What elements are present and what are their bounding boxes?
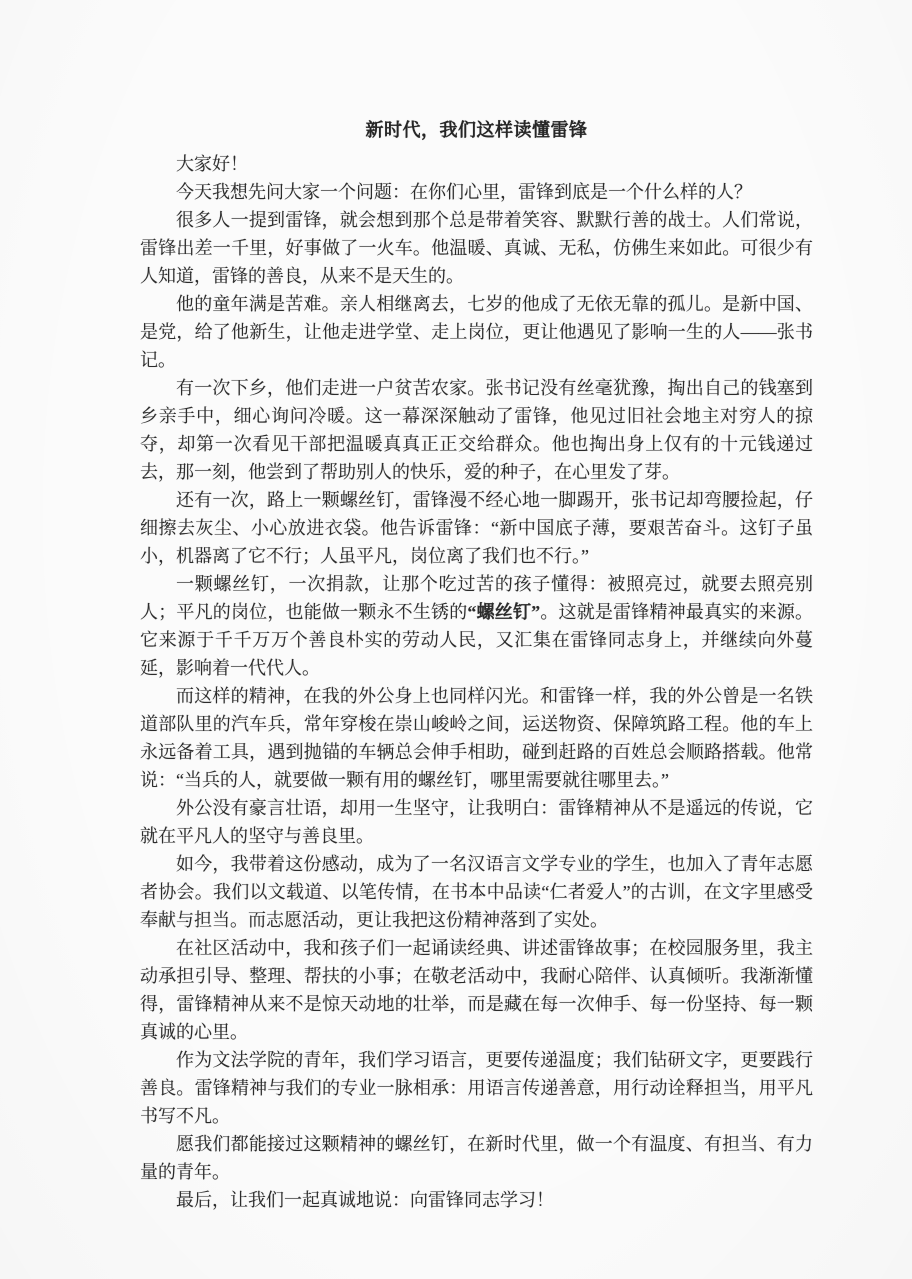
document-title: 新时代，我们这样读懂雷锋 [140, 119, 813, 141]
text-run: 愿我们都能接过这颗精神的螺丝钉，在新时代里，做一个有温度、有担当、有力量的青年。 [140, 1134, 813, 1182]
text-run: 而这样的精神，在我的外公身上也同样闪光。和雷锋一样，我的外公曾是一名铁道部队里的… [140, 686, 813, 790]
text-run: 在社区活动中，我和孩子们一起诵读经典、讲述雷锋故事；在校园服务里，我主动承担引导… [140, 938, 813, 1042]
paragraph: 如今，我带着这份感动，成为了一名汉语言文学专业的学生，也加入了青年志愿者协会。我… [140, 850, 813, 934]
text-run: 很多人一提到雷锋，就会想到那个总是带着笑容、默默行善的战士。人们常说，雷锋出差一… [140, 210, 813, 286]
paragraph: 外公没有豪言壮语，却用一生坚守，让我明白：雷锋精神从不是遥远的传说，它就在平凡人… [140, 794, 813, 850]
text-run: 作为文法学院的青年，我们学习语言，更要传递温度；我们钻研文字，更要践行善良。雷锋… [140, 1050, 813, 1126]
paragraph: 很多人一提到雷锋，就会想到那个总是带着笑容、默默行善的战士。人们常说，雷锋出差一… [140, 206, 813, 290]
document-body: 大家好！今天我想先问大家一个问题：在你们心里，雷锋到底是一个什么样的人？很多人一… [140, 150, 813, 1214]
paragraph: 今天我想先问大家一个问题：在你们心里，雷锋到底是一个什么样的人？ [140, 178, 813, 206]
text-run: 有一次下乡，他们走进一户贫苦农家。张书记没有丝毫犹豫，掏出自己的钱塞到乡亲手中，… [140, 378, 813, 482]
text-run: 如今，我带着这份感动，成为了一名汉语言文学专业的学生，也加入了青年志愿者协会。我… [140, 854, 813, 930]
paragraph: 他的童年满是苦难。亲人相继离去，七岁的他成了无依无靠的孤儿。是新中国、是党，给了… [140, 290, 813, 374]
document-page: 新时代，我们这样读懂雷锋 大家好！今天我想先问大家一个问题：在你们心里，雷锋到底… [0, 0, 912, 1279]
emphasized-text: “螺丝钉” [467, 602, 540, 622]
paragraph: 最后，让我们一起真诚地说：向雷锋同志学习！ [140, 1186, 813, 1214]
text-run: 大家好！ [176, 154, 248, 174]
paragraph: 愿我们都能接过这颗精神的螺丝钉，在新时代里，做一个有温度、有担当、有力量的青年。 [140, 1130, 813, 1186]
paragraph: 在社区活动中，我和孩子们一起诵读经典、讲述雷锋故事；在校园服务里，我主动承担引导… [140, 934, 813, 1046]
paragraph: 还有一次，路上一颗螺丝钉，雷锋漫不经心地一脚踢开，张书记却弯腰捡起，仔细擦去灰尘… [140, 486, 813, 570]
paragraph: 而这样的精神，在我的外公身上也同样闪光。和雷锋一样，我的外公曾是一名铁道部队里的… [140, 682, 813, 794]
paragraph: 一颗螺丝钉，一次捐款，让那个吃过苦的孩子懂得：被照亮过，就要去照亮别人；平凡的岗… [140, 570, 813, 682]
paragraph: 大家好！ [140, 150, 813, 178]
text-run: 外公没有豪言壮语，却用一生坚守，让我明白：雷锋精神从不是遥远的传说，它就在平凡人… [140, 798, 813, 846]
text-run: 他的童年满是苦难。亲人相继离去，七岁的他成了无依无靠的孤儿。是新中国、是党，给了… [140, 294, 813, 370]
text-run: 今天我想先问大家一个问题：在你们心里，雷锋到底是一个什么样的人？ [176, 182, 752, 202]
paragraph: 作为文法学院的青年，我们学习语言，更要传递温度；我们钻研文字，更要践行善良。雷锋… [140, 1046, 813, 1130]
text-column: 新时代，我们这样读懂雷锋 大家好！今天我想先问大家一个问题：在你们心里，雷锋到底… [140, 119, 813, 1214]
text-run: 还有一次，路上一颗螺丝钉，雷锋漫不经心地一脚踢开，张书记却弯腰捡起，仔细擦去灰尘… [140, 490, 813, 566]
text-run: 最后，让我们一起真诚地说：向雷锋同志学习！ [176, 1190, 554, 1210]
paragraph: 有一次下乡，他们走进一户贫苦农家。张书记没有丝毫犹豫，掏出自己的钱塞到乡亲手中，… [140, 374, 813, 486]
